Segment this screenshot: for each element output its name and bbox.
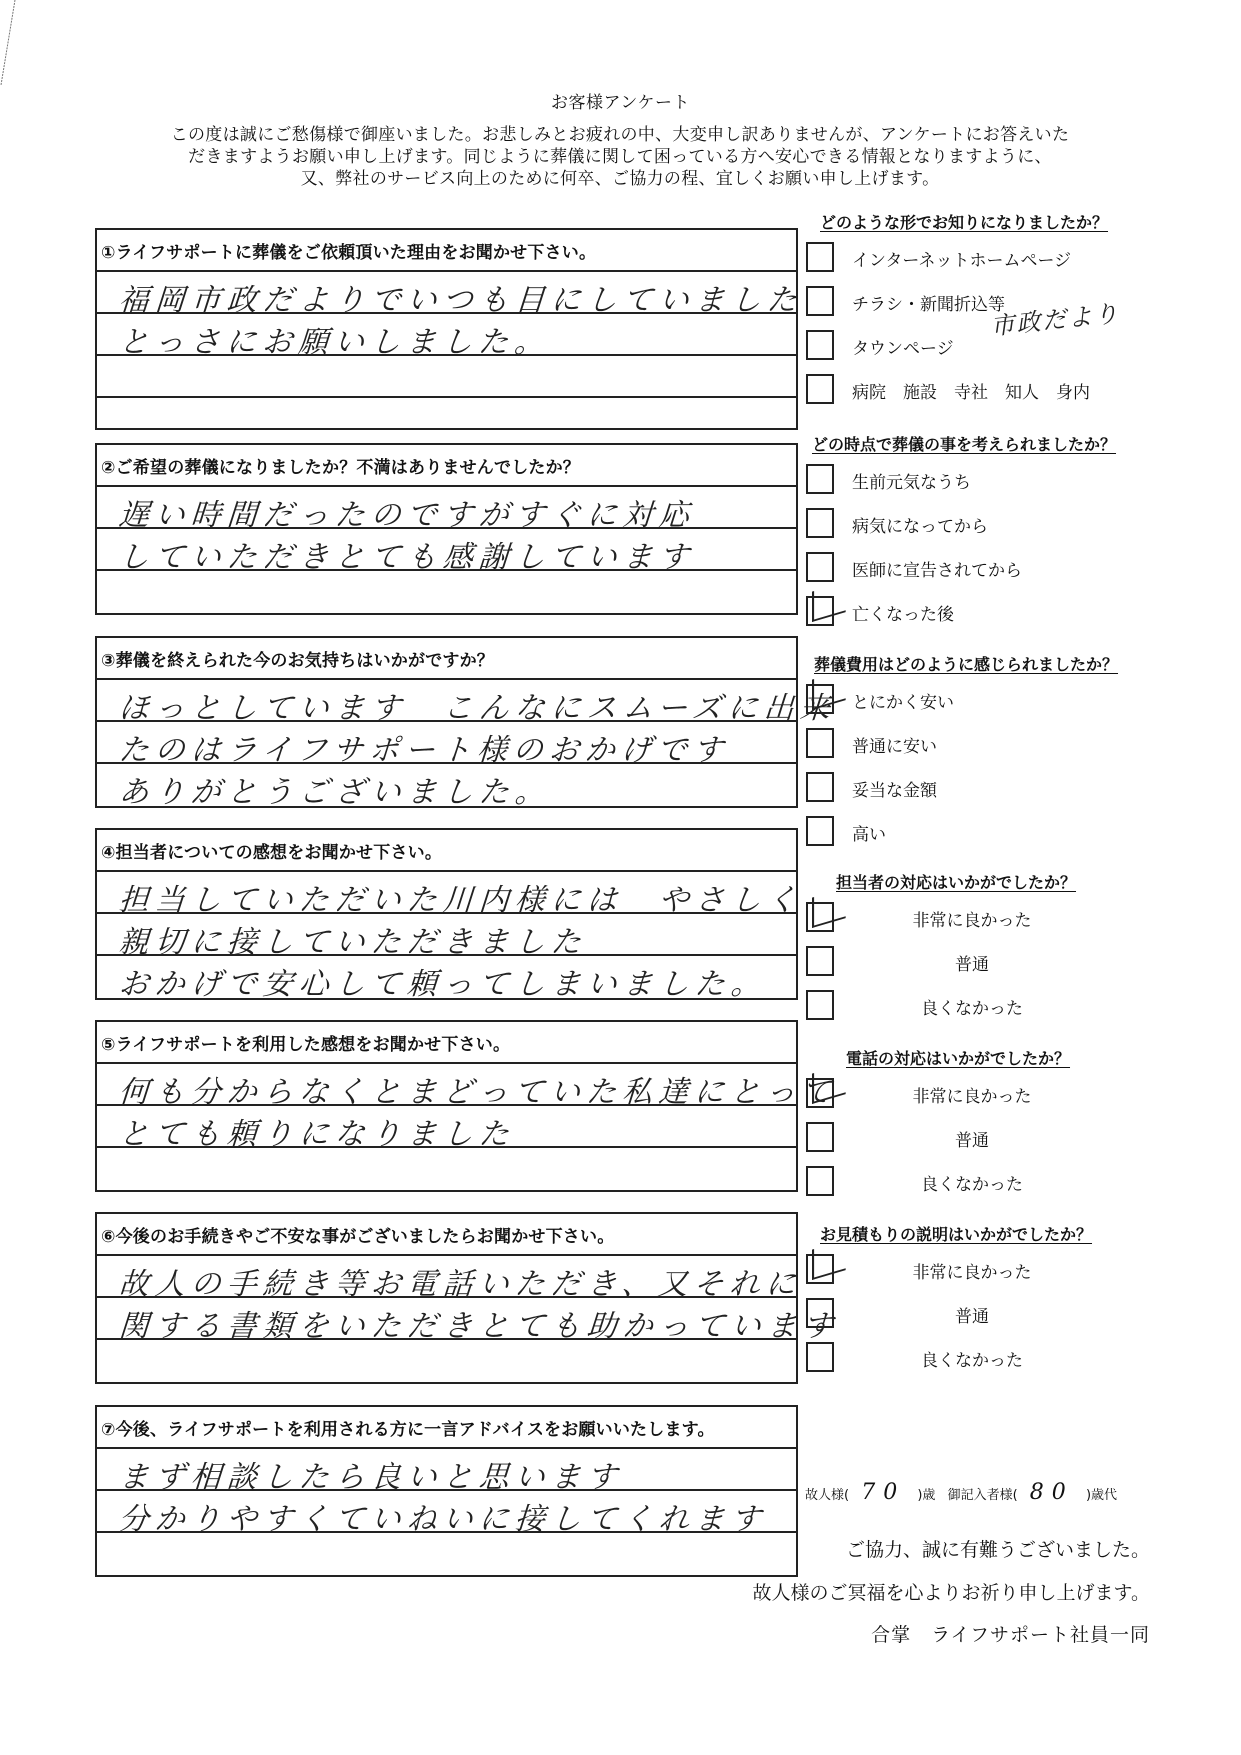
side-question: どのような形でお知りになりましたか？ bbox=[800, 210, 1160, 240]
checkbox[interactable] bbox=[806, 772, 834, 802]
side-section-when-considered: どの時点で葬儀の事を考えられましたか？ 生前元気なうち 病気になってから 医師に… bbox=[800, 432, 1160, 638]
closing-thanks: ご協力、誠に有難うございました。 bbox=[0, 1535, 1150, 1562]
checkbox[interactable] bbox=[806, 242, 834, 272]
checkbox[interactable] bbox=[806, 330, 834, 360]
option-label: 普通に安い bbox=[852, 732, 937, 757]
age-fields: 故人様( 70 )歳 御記入者様( 80 )歳代 bbox=[805, 1480, 1117, 1505]
answer-line[interactable] bbox=[97, 356, 796, 398]
option-row[interactable]: 妥当な金額 bbox=[800, 770, 1160, 814]
question-box-4: ④担当者についての感想をお聞かせ下さい。 担当していただいた川内様には やさしく… bbox=[95, 828, 798, 1000]
option-label: インターネットホームページ bbox=[852, 246, 1071, 271]
handwritten-answer: 分かりやすくていねいに接してくれます bbox=[117, 1494, 768, 1538]
checkbox[interactable] bbox=[806, 946, 834, 976]
option-label: とにかく安い bbox=[852, 688, 954, 713]
question-label: ④担当者についての感想をお聞かせ下さい。 bbox=[97, 830, 796, 872]
checkbox[interactable] bbox=[806, 374, 834, 404]
answer-line[interactable]: とても頼りになりました bbox=[97, 1106, 796, 1148]
answer-line[interactable]: 何も分からなくとまどっていた私達にとって bbox=[97, 1064, 796, 1106]
answer-line[interactable]: 関する書類をいただきとても助かっています bbox=[97, 1298, 796, 1340]
question-box-1: ①ライフサポートに葬儀をご依頼頂いた理由をお聞かせ下さい。 福岡市政だよりでいつ… bbox=[95, 228, 798, 430]
question-box-2: ②ご希望の葬儀になりましたか？不満はありませんでしたか？ 遅い時間だったのですが… bbox=[95, 443, 798, 615]
writer-age-suffix: )歳代 bbox=[1086, 1488, 1117, 1503]
option-row[interactable]: 亡くなった後 bbox=[800, 594, 1160, 638]
option-row[interactable]: インターネットホームページ bbox=[800, 240, 1160, 284]
handwritten-answer: 何も分からなくとまどっていた私達にとって bbox=[117, 1067, 839, 1111]
handwritten-answer: していただきとても感謝しています bbox=[117, 532, 696, 576]
writer-age-label: 御記入者様( bbox=[948, 1488, 1018, 1503]
deceased-age-suffix: )歳 bbox=[917, 1488, 935, 1503]
option-row[interactable]: 普通に安い bbox=[800, 726, 1160, 770]
checkbox[interactable] bbox=[806, 990, 834, 1020]
option-row[interactable]: 非常に良かった bbox=[800, 1252, 1160, 1296]
option-row[interactable]: 良くなかった bbox=[800, 1164, 1160, 1208]
question-label: ③葬儀を終えられた今のお気持ちはいかがですか？ bbox=[97, 638, 796, 680]
option-row[interactable]: 普通 bbox=[800, 1296, 1160, 1340]
answer-line[interactable] bbox=[97, 571, 796, 613]
option-row[interactable]: 生前元気なうち bbox=[800, 462, 1160, 506]
answer-line[interactable] bbox=[97, 1148, 796, 1190]
intro-line: この度は誠にご愁傷様で御座いました。お悲しみとお疲れの中、大変申し訳ありませんが… bbox=[80, 124, 1160, 146]
option-label: 非常に良かった bbox=[852, 1258, 1092, 1283]
checkbox-checked[interactable] bbox=[806, 1078, 834, 1108]
option-label: タウンページ bbox=[852, 334, 954, 359]
checkbox[interactable] bbox=[806, 1122, 834, 1152]
writer-age-value[interactable]: 80 bbox=[1022, 1480, 1082, 1505]
handwritten-answer: ありがとうございました。 bbox=[117, 767, 552, 811]
checkbox-checked[interactable] bbox=[806, 1254, 834, 1284]
option-label: 医師に宣告されてから bbox=[852, 556, 1022, 581]
option-label: 生前元気なうち bbox=[852, 468, 971, 493]
option-label: 非常に良かった bbox=[852, 1082, 1092, 1107]
answer-line[interactable]: 親切に接していただきました bbox=[97, 914, 796, 956]
answer-line[interactable]: ほっとしています こんなにスムーズに出来 bbox=[97, 680, 796, 722]
option-row[interactable]: 良くなかった bbox=[800, 1340, 1160, 1384]
side-question: 電話の対応はいかがでしたか？ bbox=[800, 1046, 1160, 1076]
closing-signature: 合掌 ライフサポート社員一同 bbox=[0, 1620, 1150, 1647]
option-row[interactable]: 医師に宣告されてから bbox=[800, 550, 1160, 594]
handwritten-answer: とても頼りになりました bbox=[117, 1109, 516, 1153]
intro-line: だきますようお願い申し上げます。同じように葬儀に関して困っている方へ安心できる情… bbox=[80, 146, 1160, 168]
answer-line[interactable]: ありがとうございました。 bbox=[97, 764, 796, 806]
side-question: お見積もりの説明はいかがでしたか？ bbox=[800, 1222, 1160, 1252]
answer-line[interactable] bbox=[97, 398, 796, 428]
question-label: ⑤ライフサポートを利用した感想をお聞かせ下さい。 bbox=[97, 1022, 796, 1064]
checkbox[interactable] bbox=[806, 816, 834, 846]
side-section-staff: 担当者の対応はいかがでしたか？ 非常に良かった 普通 良くなかった bbox=[800, 870, 1160, 1032]
checkbox-checked[interactable] bbox=[806, 596, 834, 626]
answer-line[interactable]: たのはライフサポート様のおかげです bbox=[97, 722, 796, 764]
question-label: ②ご希望の葬儀になりましたか？不満はありませんでしたか？ bbox=[97, 445, 796, 487]
checkbox[interactable] bbox=[806, 552, 834, 582]
deceased-age-value[interactable]: 70 bbox=[853, 1480, 913, 1505]
answer-line[interactable]: 故人の手続き等お電話いただき、又それに bbox=[97, 1256, 796, 1298]
question-box-6: ⑥今後のお手続きやご不安な事がございましたらお聞かせ下さい。 故人の手続き等お電… bbox=[95, 1212, 798, 1384]
question-box-5: ⑤ライフサポートを利用した感想をお聞かせ下さい。 何も分からなくとまどっていた私… bbox=[95, 1020, 798, 1192]
checkbox[interactable] bbox=[806, 508, 834, 538]
option-label: 非常に良かった bbox=[852, 906, 1092, 931]
option-label: 良くなかった bbox=[852, 994, 1092, 1019]
question-label: ①ライフサポートに葬儀をご依頼頂いた理由をお聞かせ下さい。 bbox=[97, 230, 796, 272]
handwritten-answer: ほっとしています こんなにスムーズに出来 bbox=[117, 683, 837, 727]
side-question: 担当者の対応はいかがでしたか？ bbox=[800, 870, 1160, 900]
option-label: 良くなかった bbox=[852, 1170, 1092, 1195]
handwritten-answer: たのはライフサポート様のおかげです bbox=[117, 725, 730, 769]
handwritten-answer: 故人の手続き等お電話いただき、又それに bbox=[117, 1259, 803, 1303]
option-row[interactable]: とにかく安い bbox=[800, 682, 1160, 726]
side-section-phone: 電話の対応はいかがでしたか？ 非常に良かった 普通 良くなかった bbox=[800, 1046, 1160, 1208]
option-label: 病院 施設 寺社 知人 身内 bbox=[852, 378, 1090, 403]
option-label: 普通 bbox=[852, 950, 1092, 975]
answer-line[interactable]: 分かりやすくていねいに接してくれます bbox=[97, 1491, 796, 1533]
answer-line[interactable]: 担当していただいた川内様には やさしく bbox=[97, 872, 796, 914]
side-section-cost: 葬儀費用はどのように感じられましたか？ とにかく安い 普通に安い 妥当な金額 高… bbox=[800, 652, 1160, 858]
answer-line[interactable]: していただきとても感謝しています bbox=[97, 529, 796, 571]
option-row[interactable]: タウンページ bbox=[800, 328, 1160, 372]
option-row[interactable]: 良くなかった bbox=[800, 988, 1160, 1032]
question-label: ⑥今後のお手続きやご不安な事がございましたらお聞かせ下さい。 bbox=[97, 1214, 796, 1256]
deceased-age-label: 故人様( bbox=[805, 1488, 849, 1503]
option-row[interactable]: 非常に良かった bbox=[800, 900, 1160, 944]
option-row[interactable]: 病院 施設 寺社 知人 身内 bbox=[800, 372, 1160, 416]
intro-line: 又、弊社のサービス向上のために何卒、ご協力の程、宜しくお願い申し上げます。 bbox=[80, 168, 1160, 190]
handwritten-answer: 福岡市政だよりでいつも目にしていました bbox=[117, 275, 804, 319]
side-question: 葬儀費用はどのように感じられましたか？ bbox=[800, 652, 1160, 682]
checkbox-checked[interactable] bbox=[806, 684, 834, 714]
option-label: 病気になってから bbox=[852, 512, 988, 537]
question-box-3: ③葬儀を終えられた今のお気持ちはいかがですか？ ほっとしています こんなにスムー… bbox=[95, 636, 798, 808]
handwritten-answer: 担当していただいた川内様には やさしく bbox=[117, 875, 804, 919]
checkbox[interactable] bbox=[806, 464, 834, 494]
handwritten-answer: まず相談したら良いと思います bbox=[117, 1452, 624, 1496]
option-row[interactable]: 普通 bbox=[800, 944, 1160, 988]
answer-line[interactable]: とっさにお願いしました。 bbox=[97, 314, 796, 356]
option-label: チラシ・新聞折込等 bbox=[852, 290, 1005, 315]
option-label: 良くなかった bbox=[852, 1346, 1092, 1371]
handwritten-answer: 関する書類をいただきとても助かっています bbox=[117, 1301, 840, 1345]
answer-line[interactable]: まず相談したら良いと思います bbox=[97, 1449, 796, 1491]
handwritten-answer: おかげで安心して頼ってしまいました。 bbox=[117, 959, 768, 1003]
side-section-estimate: お見積もりの説明はいかがでしたか？ 非常に良かった 普通 良くなかった bbox=[800, 1222, 1160, 1384]
handwritten-answer: とっさにお願いしました。 bbox=[117, 317, 551, 361]
checkbox[interactable] bbox=[806, 1298, 834, 1328]
page-title: お客様アンケート bbox=[0, 88, 1241, 113]
side-question: どの時点で葬儀の事を考えられましたか？ bbox=[800, 432, 1160, 462]
scan-edge-mark bbox=[0, 0, 20, 90]
handwritten-answer: 遅い時間だったのですがすぐに対応 bbox=[117, 490, 696, 534]
option-row[interactable]: 普通 bbox=[800, 1120, 1160, 1164]
answer-line[interactable]: 福岡市政だよりでいつも目にしていました bbox=[97, 272, 796, 314]
checkbox-checked[interactable] bbox=[806, 902, 834, 932]
option-label: 妥当な金額 bbox=[852, 776, 937, 801]
checkbox[interactable] bbox=[806, 1342, 834, 1372]
checkbox[interactable] bbox=[806, 1166, 834, 1196]
option-label: 普通 bbox=[852, 1302, 1092, 1327]
answer-line[interactable] bbox=[97, 1340, 796, 1382]
answer-line[interactable]: おかげで安心して頼ってしまいました。 bbox=[97, 956, 796, 998]
option-row[interactable]: 高い bbox=[800, 814, 1160, 858]
checkbox[interactable] bbox=[806, 728, 834, 758]
answer-line[interactable]: 遅い時間だったのですがすぐに対応 bbox=[97, 487, 796, 529]
question-label: ⑦今後、ライフサポートを利用される方に一言アドバイスをお願いいたします。 bbox=[97, 1407, 796, 1449]
closing-prayer: 故人様のご冥福を心よりお祈り申し上げます。 bbox=[0, 1578, 1150, 1605]
handwritten-answer: 親切に接していただきました bbox=[117, 917, 588, 961]
checkbox[interactable] bbox=[806, 286, 834, 316]
option-row[interactable]: 病気になってから bbox=[800, 506, 1160, 550]
option-label: 高い bbox=[852, 820, 886, 845]
option-row[interactable]: 非常に良かった bbox=[800, 1076, 1160, 1120]
intro-text: この度は誠にご愁傷様で御座いました。お悲しみとお疲れの中、大変申し訳ありませんが… bbox=[80, 124, 1160, 190]
option-label: 普通 bbox=[852, 1126, 1092, 1151]
option-label: 亡くなった後 bbox=[852, 600, 954, 625]
